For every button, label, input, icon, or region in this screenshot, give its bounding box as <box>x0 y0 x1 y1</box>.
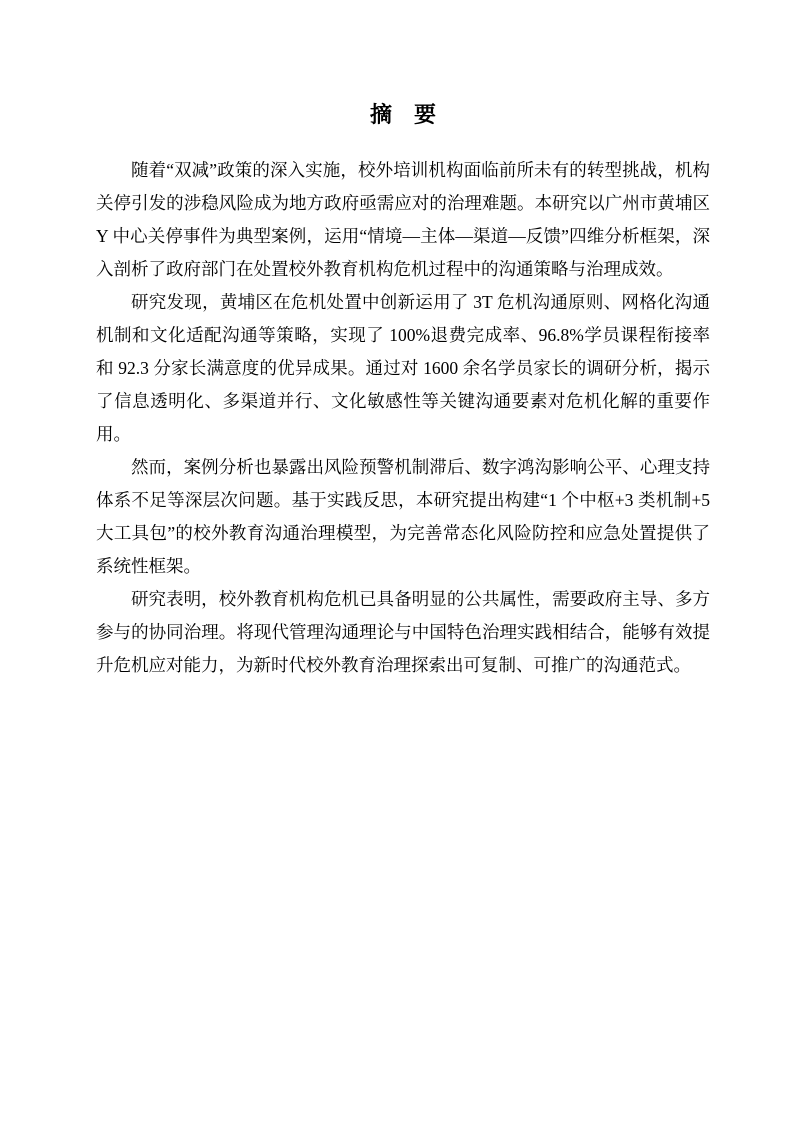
document-page: 摘 要 随着“双减”政策的深入实施，校外培训机构面临前所未有的转型挑战，机构关停… <box>0 0 793 1122</box>
abstract-paragraph-1: 随着“双减”政策的深入实施，校外培训机构面临前所未有的转型挑战，机构关停引发的涉… <box>96 154 710 286</box>
abstract-title: 摘 要 <box>96 100 710 130</box>
abstract-body: 随着“双减”政策的深入实施，校外培训机构面临前所未有的转型挑战，机构关停引发的涉… <box>96 154 710 682</box>
abstract-paragraph-2: 研究发现，黄埔区在危机处置中创新运用了 3T 危机沟通原则、网格化沟通机制和文化… <box>96 286 710 451</box>
abstract-paragraph-4: 研究表明，校外教育机构危机已具备明显的公共属性，需要政府主导、多方参与的协同治理… <box>96 583 710 682</box>
abstract-paragraph-3: 然而，案例分析也暴露出风险预警机制滞后、数字鸿沟影响公平、心理支持体系不足等深层… <box>96 451 710 583</box>
